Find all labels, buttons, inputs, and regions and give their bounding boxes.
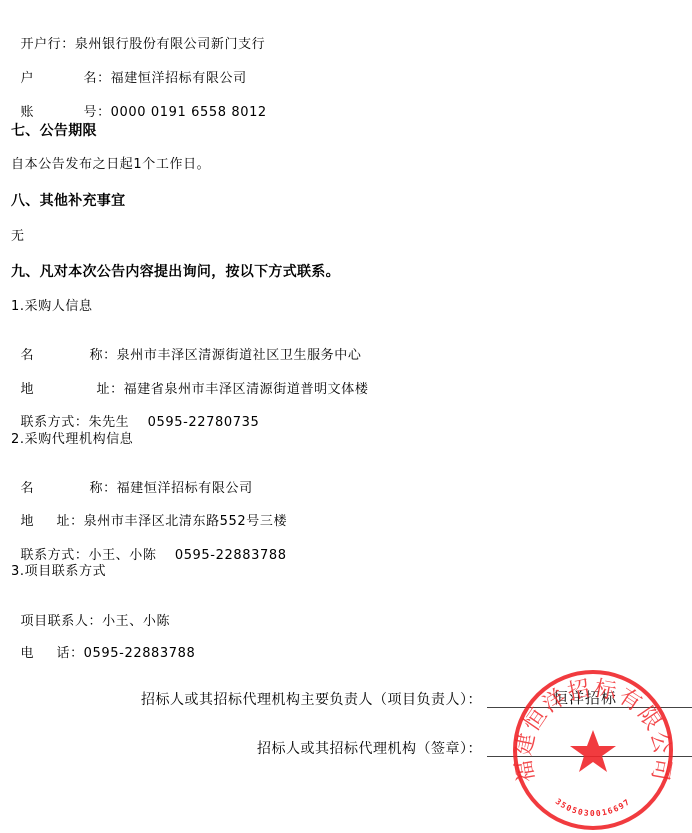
project-phone-label-a: 电 bbox=[20, 646, 56, 662]
project-contact-value: 小王、小陈 bbox=[102, 614, 170, 629]
agency-address-label-b: 址： bbox=[56, 514, 83, 529]
agency-seal-label: 招标人或其招标代理机构（签章）： bbox=[257, 741, 482, 757]
agency-contact-value: 小王、小陈 0595-22883788 bbox=[88, 548, 286, 563]
account-number-label-b: 号： bbox=[83, 105, 110, 120]
project-phone-value: 0595-22883788 bbox=[84, 646, 196, 661]
agency-name-value: 福建恒洋招标有限公司 bbox=[117, 481, 253, 496]
agency-contact-label: 联系方式： bbox=[20, 548, 88, 563]
section-7-heading: 七、公告期限 bbox=[11, 123, 97, 139]
svg-text:3505030016697: 3505030016697 bbox=[554, 797, 633, 818]
section-7-body: 自本公告发布之日起1个工作日。 bbox=[11, 157, 210, 173]
official-seal: 福建恒洋招标有限公司 3505030016697 bbox=[511, 668, 675, 832]
purchaser-address-line: 地址：福建省泉州市丰泽区清源街道普明文体楼 bbox=[11, 366, 368, 398]
section-8-body: 无 bbox=[11, 229, 25, 245]
agency-title: 2.采购代理机构信息 bbox=[11, 432, 133, 448]
account-number-line: 账号：0000 0191 6558 8012 bbox=[11, 89, 267, 121]
project-title: 3.项目联系方式 bbox=[11, 564, 106, 580]
account-number-label-a: 账 bbox=[20, 105, 83, 121]
purchaser-name-label-b: 称： bbox=[89, 348, 116, 363]
purchaser-name-value: 泉州市丰泽区清源街道社区卫生服务中心 bbox=[117, 348, 362, 363]
account-name-value: 福建恒洋招标有限公司 bbox=[111, 71, 247, 86]
purchaser-address-label-b: 址： bbox=[96, 382, 123, 397]
agency-name-line: 名称：福建恒洋招标有限公司 bbox=[11, 465, 253, 497]
agency-address-label-a: 地 bbox=[20, 514, 56, 530]
section-8-heading: 八、其他补充事宜 bbox=[11, 193, 125, 209]
purchaser-address-label-a: 地 bbox=[20, 382, 96, 398]
project-contact-line: 项目联系人：小王、小陈 bbox=[11, 598, 170, 630]
account-name-label-a: 户 bbox=[20, 71, 83, 87]
agency-name-label-b: 称： bbox=[89, 481, 116, 496]
project-phone-line: 电话：0595-22883788 bbox=[11, 630, 195, 662]
project-phone-label-b: 话： bbox=[56, 646, 83, 661]
section-9-heading: 九、凡对本次公告内容提出询问，按以下方式联系。 bbox=[11, 264, 340, 280]
star-icon bbox=[570, 730, 616, 772]
purchaser-contact-value: 朱先生 0595-22780735 bbox=[88, 415, 259, 430]
purchaser-contact-label: 联系方式： bbox=[20, 415, 88, 430]
purchaser-title: 1.采购人信息 bbox=[11, 299, 93, 315]
bank-label: 开户行： bbox=[20, 37, 74, 52]
agency-address-line: 地址：泉州市丰泽区北清东路552号三楼 bbox=[11, 498, 287, 530]
bank-value: 泉州银行股份有限公司新门支行 bbox=[75, 37, 265, 52]
agency-contact-line: 联系方式：小王、小陈 0595-22883788 bbox=[11, 532, 287, 564]
bank-line: 开户行：泉州银行股份有限公司新门支行 bbox=[11, 21, 265, 53]
principal-signature-label: 招标人或其招标代理机构主要负责人（项目负责人）： bbox=[141, 692, 482, 708]
agency-address-value: 泉州市丰泽区北清东路552号三楼 bbox=[84, 514, 287, 529]
account-number-value: 0000 0191 6558 8012 bbox=[111, 105, 267, 120]
account-name-label-b: 名： bbox=[83, 71, 110, 86]
seal-code: 3505030016697 bbox=[554, 797, 633, 818]
purchaser-name-label-a: 名 bbox=[20, 348, 89, 364]
account-name-line: 户名：福建恒洋招标有限公司 bbox=[11, 55, 247, 87]
purchaser-contact-line: 联系方式：朱先生 0595-22780735 bbox=[11, 399, 259, 431]
purchaser-address-value: 福建省泉州市丰泽区清源街道普明文体楼 bbox=[124, 382, 369, 397]
purchaser-name-line: 名称：泉州市丰泽区清源街道社区卫生服务中心 bbox=[11, 332, 361, 364]
agency-name-label-a: 名 bbox=[20, 481, 89, 497]
project-contact-label: 项目联系人： bbox=[20, 614, 102, 629]
